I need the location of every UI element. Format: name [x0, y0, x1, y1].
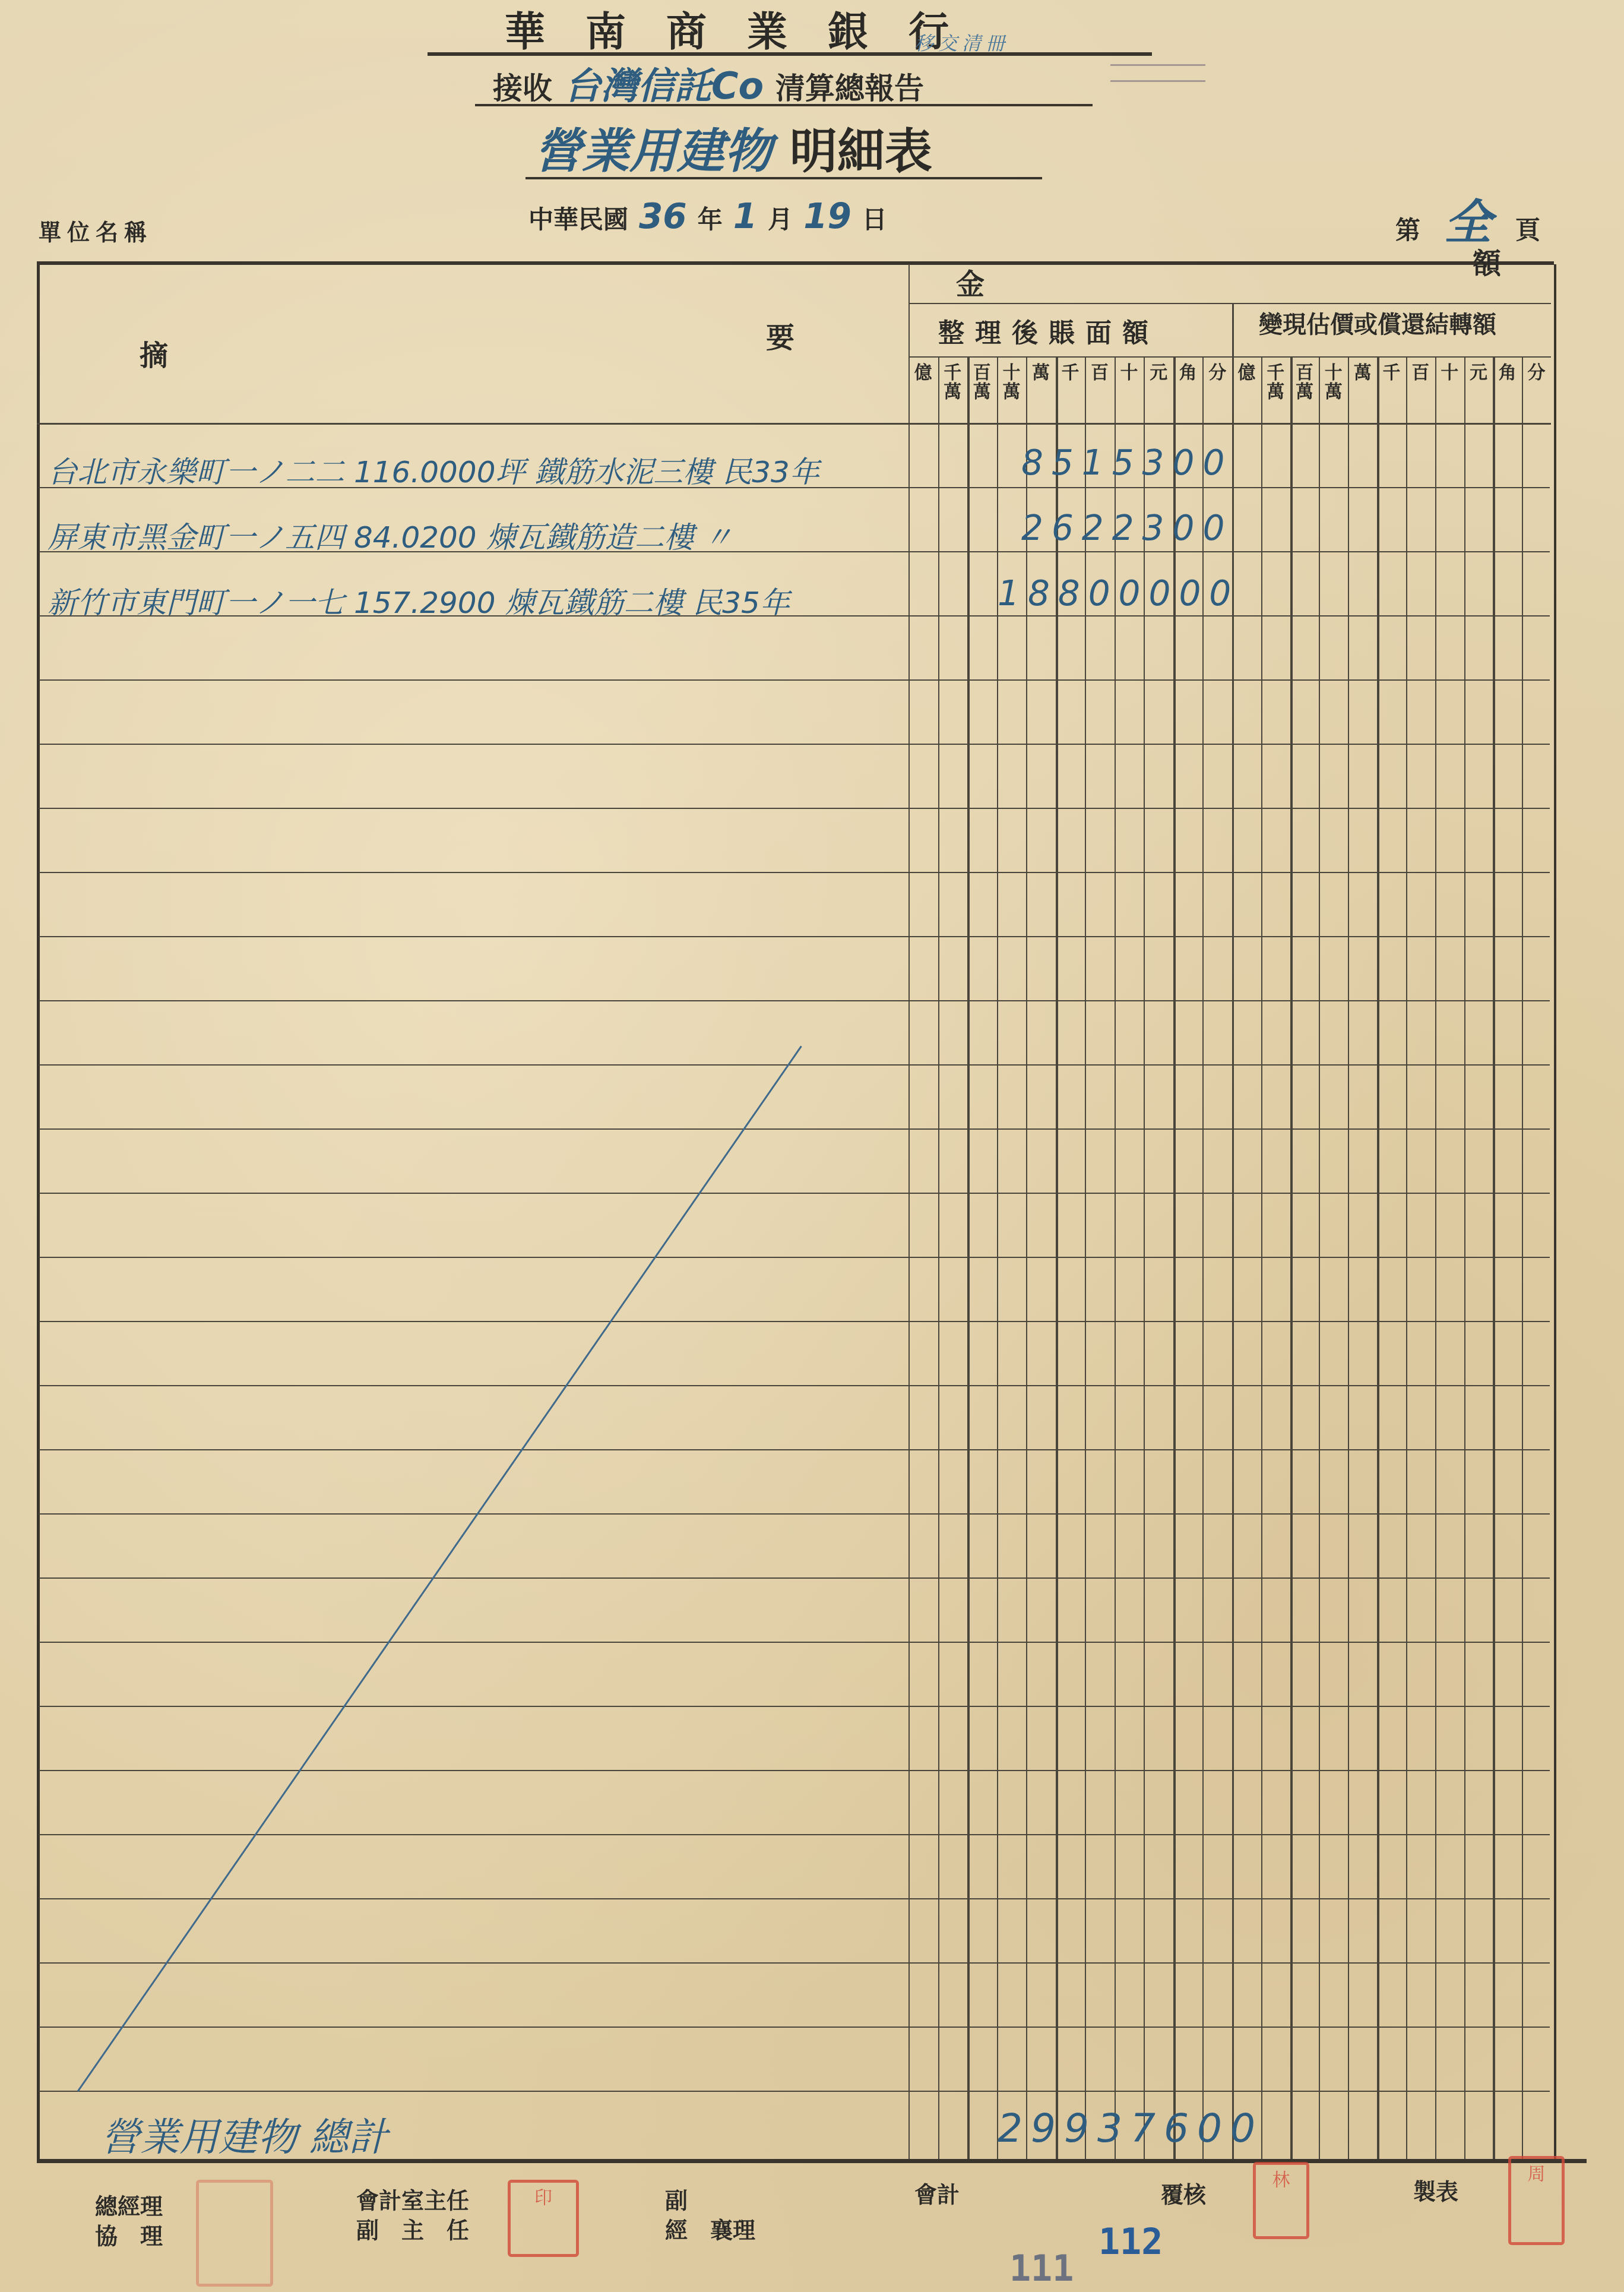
sig-accounting-chief: 會計室主任副 主 任 — [356, 2186, 469, 2245]
row-2-description: 屏東市黑金町一ノ五四 84.0200 煉瓦鐵筋造二樓 〃 — [48, 514, 733, 557]
amount-header-left: 金 — [956, 261, 984, 302]
seal-general-manager — [196, 2180, 273, 2287]
date-year-label: 年 — [698, 205, 723, 234]
row-rule — [39, 936, 1550, 937]
report-rule — [475, 104, 1093, 106]
section2-header: 變現估價或償還結轉額 — [1259, 306, 1496, 340]
sig-general-manager: 總經理協 理 — [95, 2192, 163, 2251]
row-rule — [39, 872, 1550, 873]
row-2-book-amount: 2622300 — [1021, 508, 1223, 548]
stamp-number-new: 112 — [1099, 2221, 1163, 2263]
report-date: 中華民國36年1月19日 — [528, 196, 887, 236]
section1-header: 整理後賬面額 — [938, 312, 1159, 350]
date-day: 19 — [803, 196, 851, 236]
seal-preparer: 周 — [1508, 2156, 1565, 2245]
section-header-rule — [908, 356, 1551, 358]
section2-digit-2: 百萬 — [1290, 363, 1319, 402]
total-row-rule — [39, 2091, 1550, 2092]
table-title-text: 明細表 — [790, 123, 932, 179]
section2-digit-9: 角 — [1493, 363, 1522, 382]
table-title-rule — [525, 177, 1042, 179]
row-rule — [39, 679, 1550, 681]
page-suffix: 頁 — [1515, 216, 1540, 245]
section1-digit-6: 百 — [1085, 363, 1115, 382]
report-entity: 台灣信託Co — [564, 64, 764, 108]
section2-digit-1: 千萬 — [1261, 363, 1290, 402]
row-rule — [39, 744, 1550, 745]
section1-digit-9: 角 — [1173, 363, 1203, 382]
row-rule — [39, 2027, 1550, 2028]
section1-digit-0: 億 — [908, 363, 938, 382]
section1-digit-4: 萬 — [1026, 363, 1056, 382]
page-number: 第全頁 — [1395, 184, 1540, 252]
table-top-rule — [37, 261, 1554, 265]
date-month: 1 — [733, 196, 757, 236]
section2-digit-8: 元 — [1464, 363, 1493, 382]
row-rule — [39, 1577, 1550, 1579]
row-rule — [39, 1834, 1550, 1835]
row-rule — [39, 1770, 1550, 1771]
row-rule — [39, 1513, 1550, 1515]
description-header-right: 要 — [766, 315, 794, 356]
row-rule — [39, 1449, 1550, 1450]
sig-preparer: 製表 — [1413, 2177, 1458, 2206]
row-rule — [39, 1962, 1550, 1964]
amount-header-rule — [908, 303, 1551, 304]
row-rule — [39, 1000, 1550, 1001]
row-rule — [39, 808, 1550, 809]
desc-amount-divider — [908, 264, 910, 2159]
section1-digit-5: 千 — [1056, 363, 1085, 382]
strike-lines — [1110, 64, 1205, 82]
row-rule — [39, 1642, 1550, 1643]
row-rule — [39, 1321, 1550, 1322]
date-prefix: 中華民國 — [528, 205, 628, 234]
unit-name-label: 單位名稱 — [39, 214, 153, 246]
section2-digit-4: 萬 — [1348, 363, 1377, 382]
date-year: 36 — [639, 196, 687, 236]
amount-header-right: 額 — [1473, 241, 1501, 282]
row-rule — [39, 1898, 1550, 1899]
row-3-book-amount: 18800000 — [998, 573, 1223, 614]
sig-accountant: 會計 — [914, 2180, 960, 2209]
section1-digit-1: 千萬 — [938, 363, 968, 402]
section2-digit-7: 十 — [1435, 363, 1464, 382]
table-title: 營業用建物明細表 — [534, 113, 932, 181]
section2-digit-0: 億 — [1232, 363, 1261, 382]
total-label: 營業用建物 總計 — [101, 2106, 388, 2162]
row-1-book-amount: 8515300 — [1021, 442, 1223, 483]
section2-digit-10: 分 — [1522, 363, 1551, 382]
seal-reviewer: 林 — [1253, 2162, 1309, 2239]
section1-digit-8: 元 — [1144, 363, 1173, 382]
section2-digit-6: 百 — [1406, 363, 1435, 382]
row-rule — [39, 1706, 1550, 1707]
section2-digit-5: 千 — [1377, 363, 1406, 382]
header-bottom-rule — [37, 423, 1551, 425]
section1-digit-10: 分 — [1202, 363, 1232, 382]
report-title: 接收台灣信託Co清算總報告 — [493, 56, 924, 109]
row-rule — [39, 1064, 1550, 1066]
row-rule — [39, 1385, 1550, 1386]
section1-digit-7: 十 — [1115, 363, 1144, 382]
row-3-description: 新竹市東門町一ノ一七 157.2900 煉瓦鐵筋二樓 民35年 — [48, 579, 790, 622]
report-suffix: 清算總報告 — [775, 71, 924, 106]
row-rule — [39, 1128, 1550, 1130]
section1-digit-2: 百萬 — [967, 363, 997, 402]
row-rule — [39, 1257, 1550, 1258]
date-month-label: 月 — [768, 205, 793, 234]
sig-deputy-manager: 副經 襄理 — [665, 2186, 755, 2245]
row-rule — [39, 1193, 1550, 1194]
total-book-amount: 29937600 — [998, 2106, 1247, 2151]
date-day-label: 日 — [862, 205, 887, 234]
report-prefix: 接收 — [493, 71, 552, 106]
stamp-number-old: 111 — [1009, 2248, 1074, 2290]
section2-digit-3: 十萬 — [1319, 363, 1348, 402]
section1-digit-3: 十萬 — [997, 363, 1027, 402]
title-rule — [428, 52, 1152, 56]
seal-accounting-chief: 印 — [508, 2180, 579, 2257]
description-header-left: 摘 — [140, 333, 168, 374]
table-category: 營業用建物 — [534, 124, 772, 179]
page-prefix: 第 — [1395, 216, 1420, 245]
handwritten-annotation: 移交清冊 — [914, 29, 1009, 56]
row-1-description: 台北市永樂町一ノ二二 116.0000坪 鐵筋水泥三樓 民33年 — [48, 448, 819, 491]
sig-reviewer: 覆核 — [1161, 2180, 1206, 2209]
